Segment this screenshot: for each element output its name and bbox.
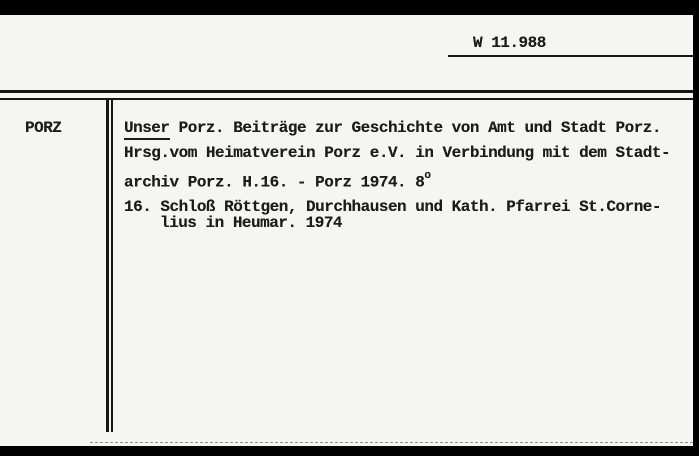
entry-line-3: archiv Porz. H.16. - Porz 1974. 8o — [124, 169, 431, 192]
call-number-underline — [448, 55, 693, 57]
entry-line-1-rest: Porz. Beiträge zur Geschichte von Amt un… — [170, 119, 661, 137]
call-number: W 11.988 — [473, 34, 546, 53]
header-rule-bottom — [0, 98, 693, 100]
column-divider-outer — [106, 100, 109, 432]
scanned-catalog-card-page: { "document_type": "library-catalog-card… — [0, 0, 699, 456]
card-bottom-edge — [90, 442, 693, 443]
heading-word: PORZ — [25, 119, 61, 138]
header-rule-top — [0, 90, 693, 93]
catalog-card: W 11.988 PORZ Unser Porz. Beiträge zur G… — [0, 15, 693, 446]
column-divider-inner — [111, 100, 113, 432]
entry-line-2: Hrsg.vom Heimatverein Porz e.V. in Verbi… — [124, 144, 670, 163]
underlined-title-word: Unser — [124, 119, 170, 140]
entry-line-1: Unser Porz. Beiträge zur Geschichte von … — [124, 119, 661, 138]
note-line-2: lius in Heumar. 1974 — [160, 214, 342, 233]
format-superscript: o — [424, 170, 431, 182]
entry-line-3-text: archiv Porz. H.16. - Porz 1974. 8 — [124, 173, 424, 191]
